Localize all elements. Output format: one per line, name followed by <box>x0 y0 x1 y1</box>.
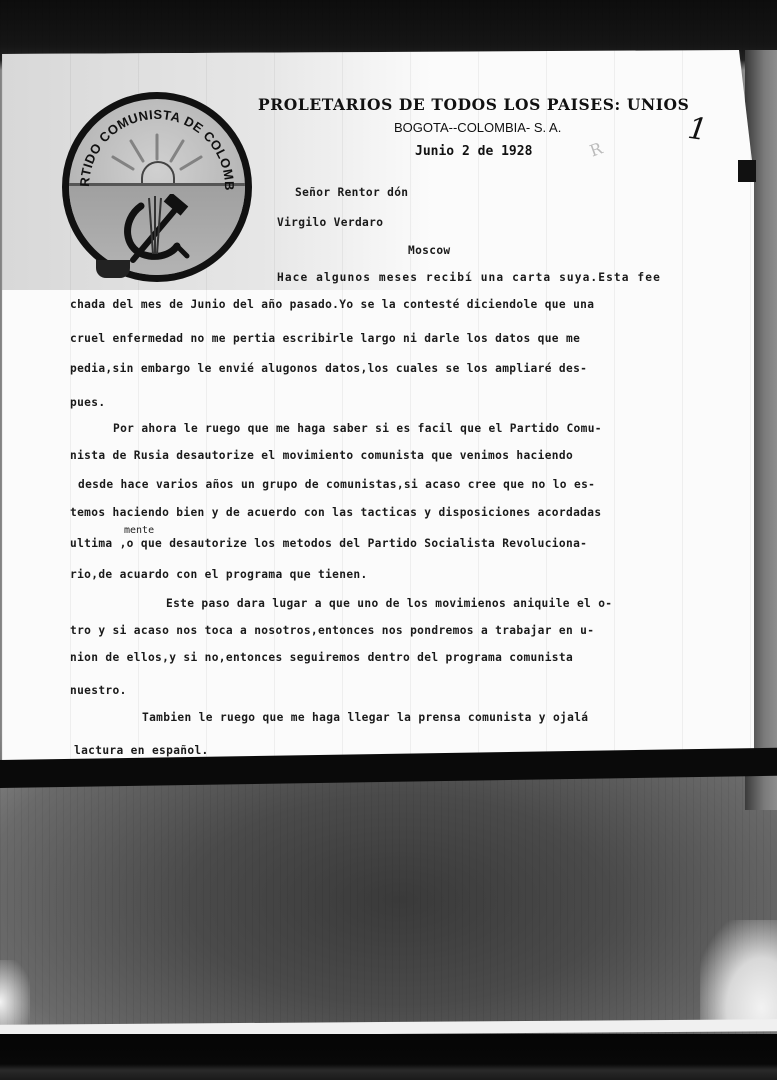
interlinear-insert: mente <box>124 525 154 536</box>
svg-text:PARTIDO COMUNISTA DE COLOMBIA: PARTIDO COMUNISTA DE COLOMBIA <box>69 99 237 191</box>
body-line: pedia,sin embargo le envié alugonos dato… <box>70 362 587 375</box>
salutation-line-3: Moscow <box>408 244 451 257</box>
body-line: rio,de acuardo con el programa que tiene… <box>70 568 368 581</box>
body-line: nion de ellos,y si no,entonces seguiremo… <box>70 651 573 664</box>
body-line: tro y si acaso nos toca a nosotros,enton… <box>70 624 594 637</box>
scan-bottom-bar <box>0 1034 777 1080</box>
body-line: ultima ,o que desautorize los metodos de… <box>70 537 587 550</box>
letterhead-city: BOGOTA--COLOMBIA- S. A. <box>394 120 561 135</box>
scan-glare <box>700 920 777 1030</box>
scan-glare-left <box>0 960 30 1030</box>
body-line: Tambien le ruego que me haga llegar la p… <box>142 711 588 724</box>
salutation-line-1: Señor Rentor dón <box>295 186 408 199</box>
body-line: nista de Rusia desautorize el movimiento… <box>70 449 573 462</box>
body-line: cruel enfermedad no me pertia escribirle… <box>70 332 580 345</box>
seal-ribbon <box>96 260 130 278</box>
paper-clip-shadow <box>738 160 756 182</box>
body-line: Por ahora le ruego que me haga saber si … <box>113 422 602 435</box>
body-line: lactura en español. <box>74 744 209 757</box>
letterhead-motto: PROLETARIOS DE TODOS LOS PAISES: UNIOS <box>258 95 689 114</box>
salutation-line-2: Virgilo Verdaro <box>277 216 383 229</box>
body-line: Este paso dara lugar a que uno de los mo… <box>166 597 612 610</box>
party-seal: PARTIDO COMUNISTA DE COLOMBIA <box>62 92 252 282</box>
letter-date: Junio 2 de 1928 <box>415 144 532 159</box>
body-line: temos haciendo bien y de acuerdo con las… <box>70 506 601 519</box>
body-line: Hace algunos meses recibí una carta suya… <box>277 271 661 284</box>
hammer-sickle-icon <box>119 194 199 274</box>
body-line: pues. <box>70 396 105 409</box>
body-line: nuestro. <box>70 684 127 697</box>
body-line: chada del mes de Junio del año pasado.Yo… <box>70 298 594 311</box>
body-line: desde hace varios años un grupo de comun… <box>78 478 595 491</box>
